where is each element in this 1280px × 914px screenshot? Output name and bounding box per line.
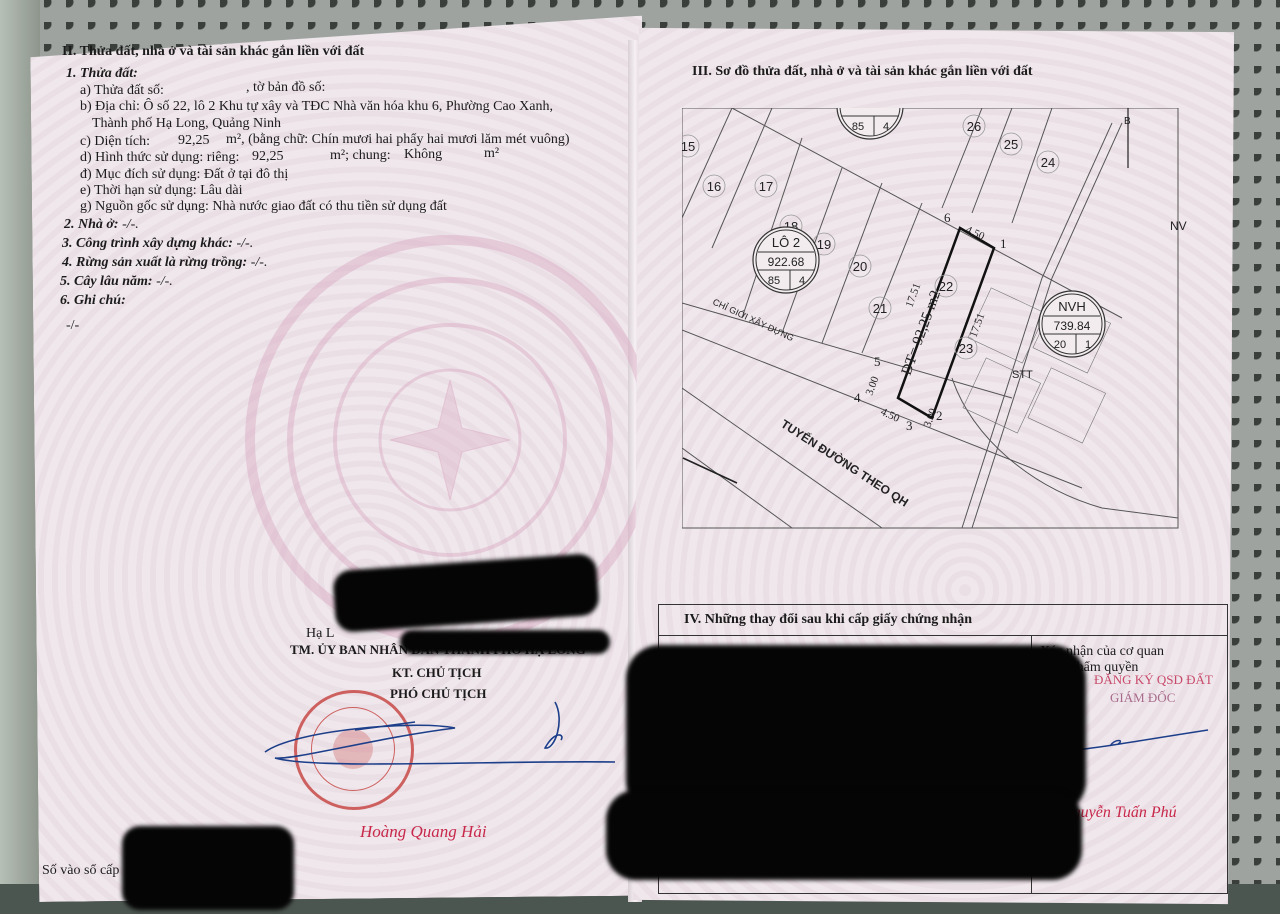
signer-name-left: Hoàng Quang Hải — [360, 822, 487, 842]
svg-text:LÔ 2: LÔ 2 — [772, 235, 800, 250]
svg-text:922.68: 922.68 — [852, 108, 889, 111]
land-parcel-map: 6 1 2 3 4 5 4.50 4.50 17.51 17.51 3.00 3… — [682, 108, 1192, 532]
redaction-changes-bottom — [606, 790, 1082, 880]
usage-common-label: m²; chung: — [330, 148, 391, 164]
section-iii-title: III. Sơ đồ thửa đất, nhà ở và tài sản kh… — [692, 64, 1033, 80]
svg-text:4: 4 — [799, 275, 805, 287]
kt-chairman: KT. CHỦ TỊCH — [392, 665, 481, 681]
svg-text:5: 5 — [874, 354, 881, 369]
svg-text:24: 24 — [1041, 155, 1055, 170]
svg-text:1: 1 — [1000, 236, 1007, 251]
usage-common-unit: m² — [484, 146, 499, 162]
item-other-construction: 3. Công trình xây dựng khác: -/-. — [62, 236, 253, 252]
svg-text:4.50: 4.50 — [879, 406, 902, 425]
svg-text:TUYẾN ĐƯỜNG THEO QH: TUYẾN ĐƯỜNG THEO QH — [778, 416, 911, 510]
director-stamp-text: GIÁM ĐỐC — [1110, 690, 1175, 706]
svg-text:1: 1 — [1085, 339, 1091, 351]
svg-text:922.68: 922.68 — [768, 255, 805, 269]
svg-text:85: 85 — [768, 275, 780, 287]
parcel-number-label: a) Thửa đất số: — [80, 83, 164, 99]
notes-value: -/- — [66, 318, 79, 334]
place-date: Hạ L — [306, 626, 334, 642]
area-label: c) Diện tích: — [80, 134, 150, 150]
usage-origin: g) Nguồn gốc sử dụng: Nhà nước giao đất … — [80, 199, 447, 215]
office-stamp-text: ĐĂNG KÝ QSD ĐẤT — [1094, 672, 1213, 688]
usage-purpose: đ) Mục đích sử dụng: Đất ở tại đô thị — [80, 167, 288, 183]
address-line-2: Thành phố Hạ Long, Quảng Ninh — [92, 116, 281, 132]
svg-text:20: 20 — [853, 259, 867, 274]
map-sheet-label: , tờ bản đồ số: — [246, 80, 325, 96]
item-notes: 6. Ghi chú: — [60, 293, 126, 309]
svg-text:4: 4 — [883, 121, 889, 133]
svg-text:NVH: NVH — [1058, 299, 1085, 314]
redaction-register-number — [122, 826, 294, 910]
usage-private-value: 92,25 — [252, 149, 284, 165]
area-value: 92,25 — [178, 133, 210, 149]
svg-text:739.84: 739.84 — [1054, 319, 1091, 333]
area-in-words: m², (bằng chữ: Chín mươi hai phẩy hai mư… — [226, 132, 570, 148]
svg-text:6: 6 — [944, 210, 951, 225]
redaction-authority — [400, 630, 610, 654]
item-perennial-trees: 5. Cây lâu năm: -/-. — [60, 274, 173, 290]
svg-text:17.51: 17.51 — [904, 282, 924, 309]
usage-term: e) Thời hạn sử dụng: Lâu dài — [80, 183, 242, 199]
svg-text:25: 25 — [1004, 137, 1018, 152]
svg-text:15: 15 — [682, 139, 695, 154]
register-label: Số vào sổ cấp — [42, 863, 119, 879]
section-iv-title: IV. Những thay đổi sau khi cấp giấy chứn… — [684, 612, 972, 628]
address-line: b) Địa chỉ: Ô số 22, lô 2 Khu tự xây và … — [80, 99, 553, 115]
svg-text:STT: STT — [1012, 369, 1033, 381]
svg-text:22: 22 — [939, 279, 953, 294]
signature-icon — [255, 690, 635, 780]
svg-text:3: 3 — [906, 418, 913, 433]
svg-text:4.50: 4.50 — [964, 224, 987, 243]
usage-form-label: d) Hình thức sử dụng: riêng: — [80, 150, 239, 166]
svg-text:3.00: 3.00 — [864, 374, 882, 397]
svg-text:16: 16 — [707, 179, 721, 194]
item-planted-forest: 4. Rừng sản xuất là rừng trồng: -/-. — [62, 255, 267, 271]
svg-text:CHỈ GIỚI XÂY DỰNG: CHỈ GIỚI XÂY DỰNG — [711, 296, 796, 343]
section-ii-title: II. Thửa đất, nhà ở và tài sản khác gắn … — [62, 44, 364, 60]
signature-right-icon — [1070, 720, 1210, 760]
svg-text:NV: NV — [1170, 219, 1187, 233]
svg-text:17: 17 — [759, 179, 773, 194]
svg-text:21: 21 — [873, 301, 887, 316]
usage-common-value: Không — [404, 147, 442, 163]
svg-text:23: 23 — [959, 341, 973, 356]
svg-text:26: 26 — [967, 119, 981, 134]
svg-text:20: 20 — [1054, 339, 1066, 351]
land-heading: 1. Thửa đất: — [66, 66, 138, 82]
svg-text:85: 85 — [852, 121, 864, 133]
svg-text:19: 19 — [817, 237, 831, 252]
svg-text:4: 4 — [854, 390, 861, 405]
svg-text:B: B — [1124, 116, 1131, 127]
item-house: 2. Nhà ở: -/-. — [64, 217, 139, 233]
